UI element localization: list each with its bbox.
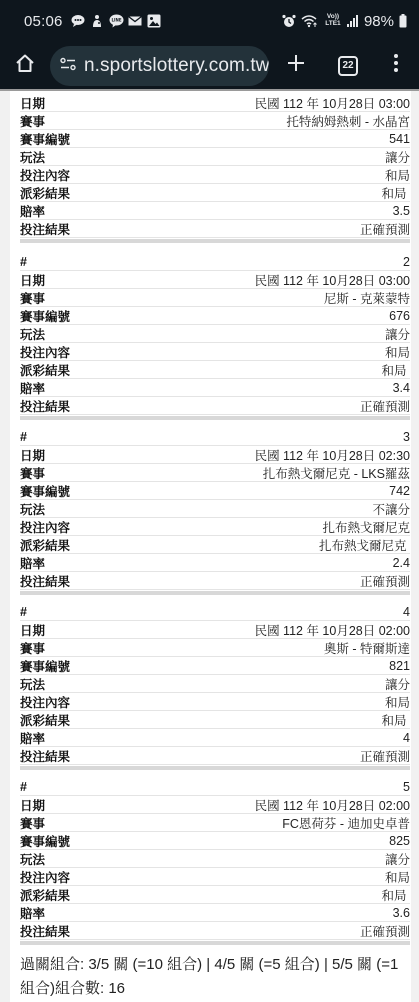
- value-bet-result: 正確預測: [360, 922, 410, 940]
- value-date: 民國 112 年 10月28日 02:00: [255, 796, 410, 814]
- page-content: 日期民國 112 年 10月28日 03:00 賽事托特納姆熱刺 - 水晶宮 賽…: [0, 89, 419, 1000]
- label-index: #: [20, 255, 27, 269]
- value-bet-result: 正確預測: [360, 397, 410, 415]
- label-odds: 賠率: [20, 202, 45, 220]
- value-match-id: 825: [389, 834, 410, 848]
- svg-text:LINE: LINE: [111, 18, 121, 23]
- row-index: #5: [20, 778, 410, 796]
- row-odds: 賠率4: [20, 729, 410, 747]
- value-bet-content: 和局: [385, 166, 410, 184]
- label-match: 賽事: [20, 639, 45, 657]
- label-payout-result: 派彩結果: [20, 184, 70, 202]
- section-divider: [20, 766, 410, 770]
- label-bet-result: 投注結果: [20, 922, 70, 940]
- value-bet-result: 正確預測: [360, 572, 410, 590]
- row-index: #4: [20, 603, 410, 621]
- label-match-id: 賽事編號: [20, 832, 70, 850]
- label-date: 日期: [20, 271, 45, 289]
- row-match: 賽事扎布熱戈爾尼克 - LKS羅茲: [20, 464, 410, 482]
- row-bet-content: 投注內容扎布熱戈爾尼克: [20, 518, 410, 536]
- label-bet-result: 投注結果: [20, 572, 70, 590]
- label-odds: 賠率: [20, 729, 45, 747]
- label-match: 賽事: [20, 814, 45, 832]
- label-index: #: [20, 605, 27, 619]
- value-play-type: 讓分: [385, 325, 410, 343]
- value-match-id: 676: [389, 309, 410, 323]
- row-bet-result: 投注結果正確預測: [20, 397, 410, 415]
- label-date: 日期: [20, 621, 45, 639]
- value-date: 民國 112 年 10月28日 03:00: [255, 271, 410, 289]
- value-odds: 3.6: [393, 906, 410, 920]
- value-payout-result: 和局: [382, 886, 410, 904]
- row-odds: 賠率3.5: [20, 202, 410, 220]
- label-bet-content: 投注內容: [20, 518, 70, 536]
- label-bet-content: 投注內容: [20, 166, 70, 184]
- label-play-type: 玩法: [20, 850, 45, 868]
- address-bar[interactable]: n.sportslottery.com.tw: [50, 46, 269, 86]
- new-tab-button[interactable]: [269, 42, 323, 89]
- row-match-id: 賽事編號825: [20, 832, 410, 850]
- home-icon: [15, 53, 35, 78]
- browser-toolbar: n.sportslottery.com.tw 22: [0, 42, 419, 89]
- value-date: 民國 112 年 10月28日 02:30: [255, 446, 410, 464]
- value-match: 奧斯 - 特爾斯達: [324, 639, 410, 657]
- value-bet-content: 和局: [385, 693, 410, 711]
- label-payout-result: 派彩結果: [20, 711, 70, 729]
- label-bet-result: 投注結果: [20, 220, 70, 238]
- label-date: 日期: [20, 94, 45, 112]
- tab-count-badge: 22: [338, 56, 358, 76]
- row-payout-result: 派彩結果和局: [20, 184, 410, 202]
- value-match: FC恩荷芬 - 迪加史卓普: [282, 814, 410, 832]
- value-odds: 2.4: [393, 556, 410, 570]
- label-bet-content: 投注內容: [20, 343, 70, 361]
- row-bet-result: 投注結果正確預測: [20, 922, 410, 940]
- label-odds: 賠率: [20, 379, 45, 397]
- value-play-type: 不讓分: [372, 500, 410, 518]
- lte-label: LTE1: [324, 20, 342, 27]
- volte-label: Vo)): [324, 13, 342, 20]
- section-divider: [20, 941, 410, 945]
- row-match-id: 賽事編號742: [20, 482, 410, 500]
- more-menu-button[interactable]: [373, 42, 419, 89]
- section-divider: [20, 239, 410, 243]
- value-match-id: 821: [389, 659, 410, 673]
- app-figure-icon: [90, 14, 104, 28]
- row-bet-content: 投注內容和局: [20, 166, 410, 184]
- row-payout-result: 派彩結果和局: [20, 886, 410, 904]
- row-date: 日期民國 112 年 10月28日 03:00: [20, 94, 410, 112]
- row-index: #2: [20, 253, 410, 271]
- volte-lte-icon: Vo)) LTE1: [324, 13, 342, 29]
- value-play-type: 讓分: [385, 675, 410, 693]
- label-date: 日期: [20, 446, 45, 464]
- row-match-id: 賽事編號821: [20, 657, 410, 675]
- value-match: 扎布熱戈爾尼克 - LKS羅茲: [263, 464, 410, 482]
- row-bet-result: 投注結果正確預測: [20, 572, 410, 590]
- label-match-id: 賽事編號: [20, 307, 70, 325]
- label-bet-content: 投注內容: [20, 868, 70, 886]
- value-index: 4: [403, 605, 410, 619]
- row-match-id: 賽事編號541: [20, 130, 410, 148]
- value-bet-content: 和局: [385, 343, 410, 361]
- site-settings-icon[interactable]: [60, 55, 76, 77]
- label-match-id: 賽事編號: [20, 657, 70, 675]
- row-odds: 賠率2.4: [20, 554, 410, 572]
- row-date: 日期民國 112 年 10月28日 02:00: [20, 621, 410, 639]
- row-play-type: 玩法不讓分: [20, 500, 410, 518]
- bet-section-3: #3 日期民國 112 年 10月28日 02:30 賽事扎布熱戈爾尼克 - L…: [20, 428, 410, 595]
- row-bet-result: 投注結果正確預測: [20, 747, 410, 765]
- status-left: 05:06 LINE: [24, 13, 161, 30]
- signal-icon: [347, 14, 359, 28]
- row-index: #3: [20, 428, 410, 446]
- value-play-type: 讓分: [385, 148, 410, 166]
- label-match: 賽事: [20, 289, 45, 307]
- row-match: 賽事FC恩荷芬 - 迪加史卓普: [20, 814, 410, 832]
- bet-section-5: #5 日期民國 112 年 10月28日 02:00 賽事FC恩荷芬 - 迪加史…: [20, 778, 410, 945]
- row-date: 日期民國 112 年 10月28日 03:00: [20, 271, 410, 289]
- value-match-id: 541: [389, 132, 410, 146]
- value-odds: 3.4: [393, 381, 410, 395]
- value-date: 民國 112 年 10月28日 02:00: [255, 621, 410, 639]
- wifi-icon: [301, 14, 319, 28]
- value-bet-result: 正確預測: [360, 747, 410, 765]
- label-payout-result: 派彩結果: [20, 886, 70, 904]
- label-play-type: 玩法: [20, 325, 45, 343]
- value-index: 5: [403, 780, 410, 794]
- image-icon: [147, 14, 161, 28]
- label-bet-result: 投注結果: [20, 747, 70, 765]
- bet-details-card: 日期民國 112 年 10月28日 03:00 賽事托特納姆熱刺 - 水晶宮 賽…: [10, 91, 411, 1000]
- label-match-id: 賽事編號: [20, 130, 70, 148]
- label-date: 日期: [20, 796, 45, 814]
- row-bet-content: 投注內容和局: [20, 343, 410, 361]
- value-index: 2: [403, 255, 410, 269]
- value-match-id: 742: [389, 484, 410, 498]
- value-odds: 4: [403, 731, 410, 745]
- row-odds: 賠率3.4: [20, 379, 410, 397]
- row-match: 賽事奧斯 - 特爾斯達: [20, 639, 410, 657]
- value-payout-result: 和局: [382, 361, 410, 379]
- parlay-summary: 過關組合: 3/5 關 (=10 組合) | 4/5 關 (=5 組合) | 5…: [20, 953, 412, 1000]
- alarm-icon: [282, 14, 296, 28]
- url-text: n.sportslottery.com.tw: [84, 55, 269, 77]
- bet-section-2: #2 日期民國 112 年 10月28日 03:00 賽事尼斯 - 克萊蒙特 賽…: [20, 253, 410, 420]
- value-match: 尼斯 - 克萊蒙特: [324, 289, 410, 307]
- row-bet-result: 投注結果正確預測: [20, 220, 410, 238]
- tab-switcher-button[interactable]: 22: [323, 42, 373, 89]
- value-index: 3: [403, 430, 410, 444]
- bet-section-4: #4 日期民國 112 年 10月28日 02:00 賽事奧斯 - 特爾斯達 賽…: [20, 603, 410, 770]
- label-match: 賽事: [20, 112, 45, 130]
- row-payout-result: 派彩結果和局: [20, 361, 410, 379]
- row-play-type: 玩法讓分: [20, 850, 410, 868]
- label-play-type: 玩法: [20, 500, 45, 518]
- label-index: #: [20, 430, 27, 444]
- label-play-type: 玩法: [20, 675, 45, 693]
- mail-icon: [128, 14, 142, 28]
- label-bet-content: 投注內容: [20, 693, 70, 711]
- row-payout-result: 派彩結果扎布熱戈爾尼克: [20, 536, 410, 554]
- status-bar: 05:06 LINE Vo)) LTE1 98%: [0, 0, 419, 42]
- label-odds: 賠率: [20, 554, 45, 572]
- plus-icon: [286, 53, 306, 78]
- bet-section-1: 日期民國 112 年 10月28日 03:00 賽事托特納姆熱刺 - 水晶宮 賽…: [20, 94, 410, 243]
- row-play-type: 玩法讓分: [20, 325, 410, 343]
- row-odds: 賠率3.6: [20, 904, 410, 922]
- more-vert-icon: [393, 53, 399, 78]
- value-bet-content: 和局: [385, 868, 410, 886]
- value-play-type: 讓分: [385, 850, 410, 868]
- battery-icon: [399, 14, 407, 28]
- row-bet-content: 投注內容和局: [20, 693, 410, 711]
- chat-bubble-icon: [71, 14, 85, 28]
- label-odds: 賠率: [20, 904, 45, 922]
- value-date: 民國 112 年 10月28日 03:00: [255, 94, 410, 112]
- line-icon: LINE: [109, 14, 123, 28]
- value-payout-result: 扎布熱戈爾尼克: [319, 536, 410, 554]
- section-divider: [20, 416, 410, 420]
- row-play-type: 玩法讓分: [20, 675, 410, 693]
- label-play-type: 玩法: [20, 148, 45, 166]
- value-odds: 3.5: [393, 204, 410, 218]
- status-right: Vo)) LTE1 98%: [282, 13, 407, 30]
- status-time: 05:06: [24, 13, 63, 30]
- row-date: 日期民國 112 年 10月28日 02:00: [20, 796, 410, 814]
- row-play-type: 玩法讓分: [20, 148, 410, 166]
- row-bet-content: 投注內容和局: [20, 868, 410, 886]
- value-payout-result: 和局: [382, 184, 410, 202]
- battery-percent: 98%: [364, 13, 394, 30]
- value-bet-result: 正確預測: [360, 220, 410, 238]
- label-index: #: [20, 780, 27, 794]
- row-payout-result: 派彩結果和局: [20, 711, 410, 729]
- row-date: 日期民國 112 年 10月28日 02:30: [20, 446, 410, 464]
- value-match: 托特納姆熱刺 - 水晶宮: [286, 112, 410, 130]
- row-match: 賽事尼斯 - 克萊蒙特: [20, 289, 410, 307]
- label-match-id: 賽事編號: [20, 482, 70, 500]
- value-payout-result: 和局: [382, 711, 410, 729]
- section-divider: [20, 591, 410, 595]
- home-button[interactable]: [0, 42, 50, 89]
- label-payout-result: 派彩結果: [20, 361, 70, 379]
- label-bet-result: 投注結果: [20, 397, 70, 415]
- row-match-id: 賽事編號676: [20, 307, 410, 325]
- label-match: 賽事: [20, 464, 45, 482]
- label-payout-result: 派彩結果: [20, 536, 70, 554]
- value-bet-content: 扎布熱戈爾尼克: [322, 518, 410, 536]
- row-match: 賽事托特納姆熱刺 - 水晶宮: [20, 112, 410, 130]
